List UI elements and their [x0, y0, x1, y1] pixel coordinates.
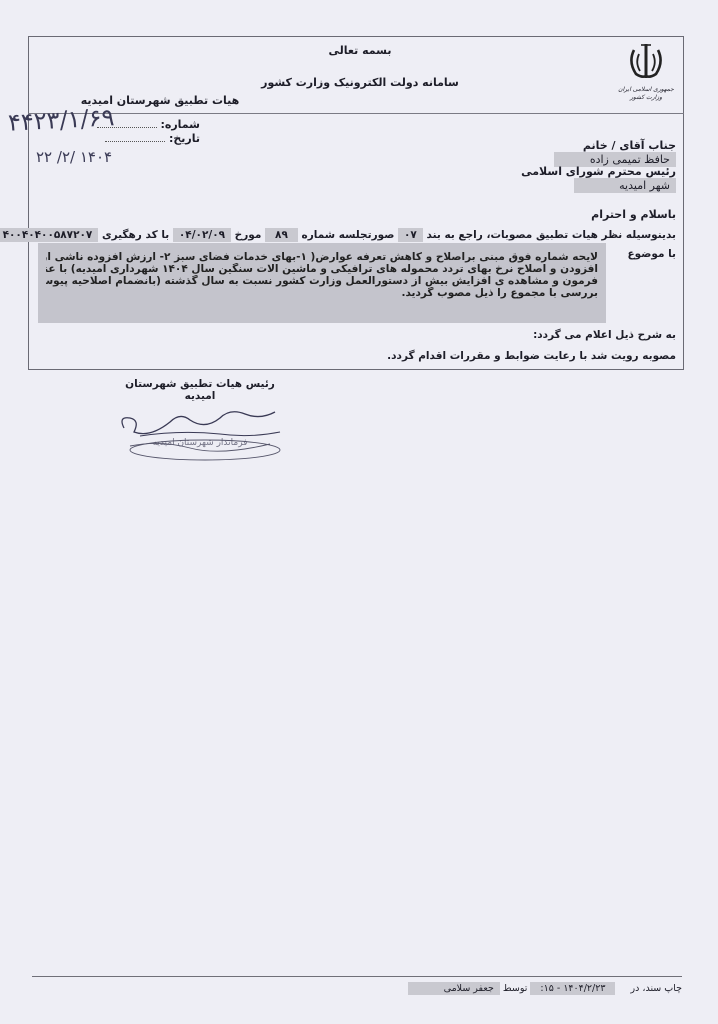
date-dots	[105, 141, 165, 142]
decision-text: مصوبه رویت شد با رعایت ضوابط و مقررات اق…	[300, 350, 676, 362]
subject-line-2: افزودن و اصلاح نرخ بهای تردد محموله های …	[46, 263, 598, 275]
subject-line-1: لایحه شماره فوق مبنی براصلاح و کاهش تعرف…	[46, 251, 598, 263]
printed-by: جعفر سلامی	[408, 982, 500, 995]
subject-box: لایحه شماره فوق مبنی براصلاح و کاهش تعرف…	[38, 243, 606, 323]
minutes-label: صورتجلسه شماره	[302, 229, 395, 241]
subject-line-4: بررسی با مجموع را ذیل مصوب گردید.	[46, 287, 598, 299]
announce-text: به شرح ذیل اعلام می گردد:	[380, 329, 676, 341]
emblem-logo: جمهوری اسلامی ایران وزارت کشور	[618, 40, 674, 110]
print-info: چاپ سند، در ۱۴۰۴/۲/۲۳ - ۱۵: توسط جعفر سل…	[420, 982, 682, 995]
date-handwritten: ۱۴۰۴ /۲/ ۲۲	[36, 148, 112, 166]
council-title-label: رئیس محترم شورای اسلامی	[521, 165, 676, 178]
invocation: بسمه تعالی	[250, 44, 470, 57]
footer-divider	[32, 976, 682, 977]
header-divider	[28, 113, 684, 114]
system-name: سامانه دولت الکترونیک وزارت کشور	[210, 76, 510, 89]
iran-emblem-icon	[626, 40, 666, 84]
tracking-label: با کد رهگیری	[102, 229, 169, 241]
date-row: تاریخ:	[70, 132, 200, 145]
greeting: باسلام و احترام	[500, 208, 676, 221]
date-label: تاریخ:	[169, 132, 200, 145]
subject-line-3: فرمون و مشاهده ی افزایش بیش از دستورالعم…	[46, 275, 598, 287]
council-row: رئیس محترم شورای اسلامی شهر امیدیه	[420, 165, 676, 193]
logo-caption-country: جمهوری اسلامی ایران	[618, 86, 674, 94]
recipient-row: جناب آقای / خانم حافظ تمیمی زاده	[460, 139, 676, 167]
clause-number: ۰۷	[398, 228, 423, 242]
dated-label: مورخ	[235, 229, 262, 241]
by-label: توسط	[503, 983, 528, 994]
number-label: شماره:	[160, 118, 200, 131]
minutes-date: ۰۴/۰۲/۰۹	[173, 228, 231, 242]
minutes-number: ۸۹	[265, 228, 298, 242]
subject-label: با موضوع	[610, 248, 676, 260]
printed-label: چاپ سند، در	[631, 983, 682, 994]
council-city: شهر امیدیه	[574, 178, 676, 193]
salutation-label: جناب آقای / خانم	[583, 139, 676, 152]
stamp-text: فرماندار شهرستان امیدیه	[120, 438, 280, 448]
logo-caption-ministry: وزارت کشور	[618, 94, 674, 102]
intro-text: بدینوسیله نظر هیات تطبیق مصوبات، راجع به…	[427, 229, 677, 241]
tracking-code: ۴۰۰۴۰۴۰۰۵۸۷۲۰۷	[0, 228, 98, 242]
signature-block: فرماندار شهرستان امیدیه جعفر سلامی	[110, 398, 290, 468]
reference-line: بدینوسیله نظر هیات تطبیق مصوبات، راجع به…	[36, 229, 676, 241]
printed-datetime: ۱۴۰۴/۲/۲۳ - ۱۵:	[530, 982, 615, 995]
